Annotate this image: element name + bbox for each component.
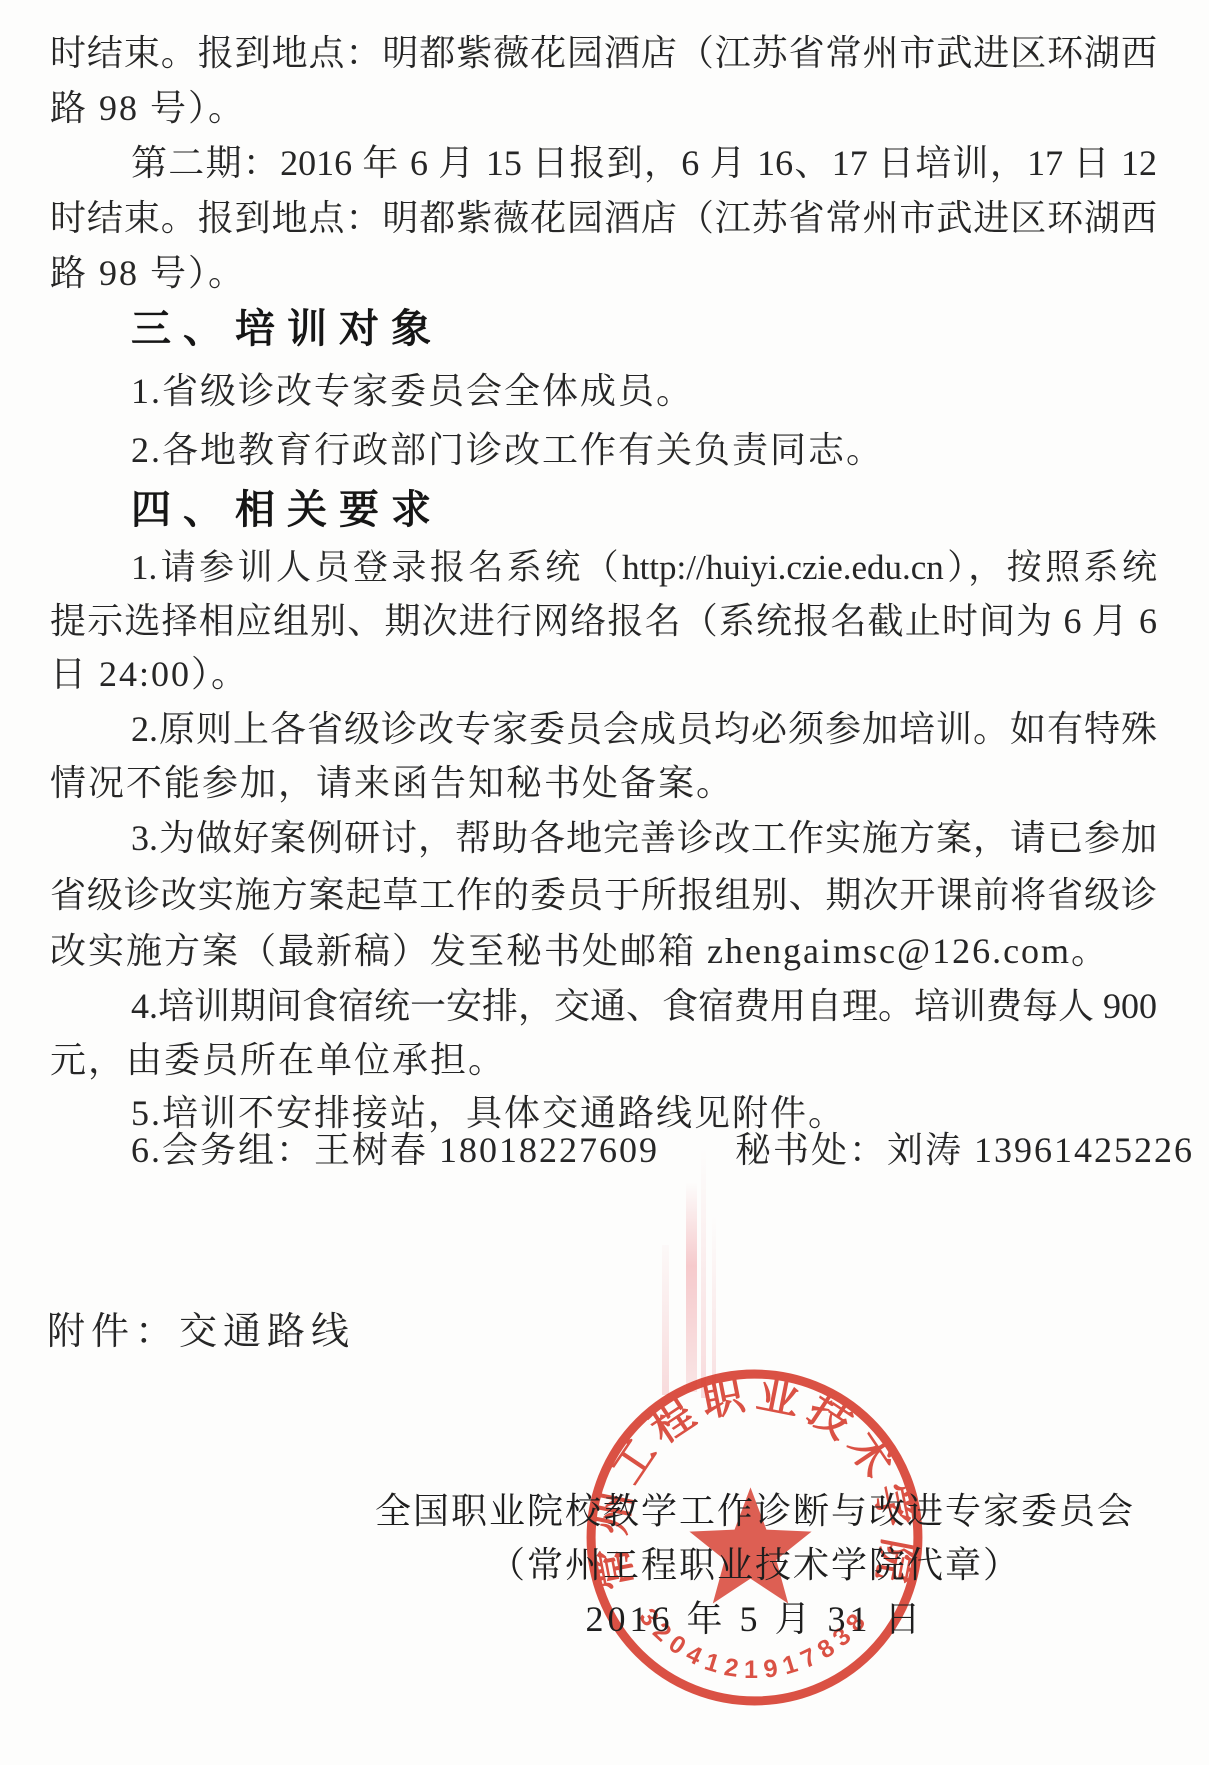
scanned-document-page: 时结束。报到地点：明都紫薇花园酒店（江苏省常州市武进区环湖西 路 98 号）。 … — [0, 0, 1209, 1765]
body-line: 第二期：2016 年 6 月 15 日报到，6 月 16、17 日培训，17 日… — [131, 140, 1157, 186]
body-line: 1.省级诊改专家委员会全体成员。 — [131, 368, 694, 414]
body-line: 提示选择相应组别、期次进行网络报名（系统报名截止时间为 6 月 6 — [50, 598, 1157, 644]
contact-line: 6.会务组：王树春 18018227609 秘书处：刘涛 13961425226 — [131, 1127, 1194, 1173]
body-line: 路 98 号）。 — [50, 85, 246, 131]
body-line: 改实施方案（最新稿）发至秘书处邮箱 zhengaimsc@126.com。 — [50, 928, 1109, 974]
body-line: 元，由委员所在单位承担。 — [50, 1037, 506, 1083]
body-line: 4.培训期间食宿统一安排，交通、食宿费用自理。培训费每人 900 — [131, 983, 1157, 1029]
body-line: 3.为做好案例研讨，帮助各地完善诊改工作实施方案，请已参加 — [131, 815, 1157, 861]
signature-agent: （常州工程职业技术学院代章） — [265, 1538, 1209, 1592]
signature-date: 2016 年 5 月 31 日 — [265, 1592, 1209, 1646]
body-line: 情况不能参加，请来函告知秘书处备案。 — [50, 760, 734, 806]
body-line: 1.请参训人员登录报名系统（http://huiyi.czie.edu.cn），… — [131, 545, 1157, 591]
signature-org: 全国职业院校教学工作诊断与改进专家委员会 — [265, 1484, 1209, 1538]
attachment-note: 附件：交通路线 — [47, 1300, 355, 1355]
section-heading: 四、相关要求 — [131, 487, 443, 533]
body-line: 日 24:00）。 — [50, 651, 249, 697]
body-line: 省级诊改实施方案起草工作的委员于所报组别、期次开课前将省级诊 — [50, 872, 1157, 918]
body-line: 路 98 号）。 — [50, 250, 246, 296]
body-line: 2.原则上各省级诊改专家委员会成员均必须参加培训。如有特殊 — [131, 706, 1157, 752]
signature-block: 全国职业院校教学工作诊断与改进专家委员会 （常州工程职业技术学院代章） 2016… — [265, 1484, 1209, 1646]
body-line: 2.各地教育行政部门诊改工作有关负责同志。 — [131, 427, 884, 473]
section-heading: 三、培训对象 — [131, 306, 443, 352]
body-line: 时结束。报到地点：明都紫薇花园酒店（江苏省常州市武进区环湖西 — [50, 30, 1157, 76]
body-line: 时结束。报到地点：明都紫薇花园酒店（江苏省常州市武进区环湖西 — [50, 195, 1157, 241]
